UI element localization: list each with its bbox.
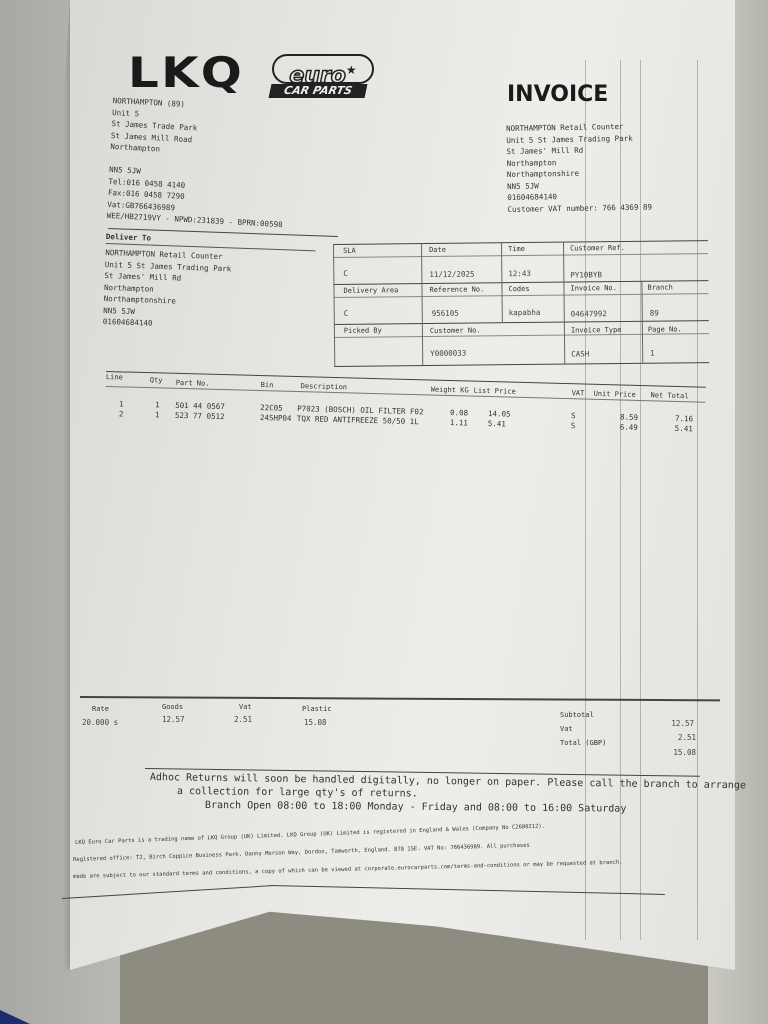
cell-vat: S xyxy=(571,421,576,430)
col-unit-price: Unit Price xyxy=(594,390,636,399)
total-vat-label: Vat xyxy=(560,725,573,733)
invoice-no-label: Invoice No. xyxy=(570,284,616,292)
customer-no-value: Y0000033 xyxy=(430,349,466,358)
print-streak xyxy=(697,60,698,940)
subtotal-label: Subtotal xyxy=(560,711,594,719)
invoice-type-label: Invoice Type xyxy=(571,326,622,335)
customer-ref-value: PY10BYB xyxy=(570,270,602,279)
car-parts-logo: CAR PARTS xyxy=(269,84,368,98)
plastic-label: Plastic xyxy=(302,705,332,713)
customer-no-label: Customer No. xyxy=(430,326,481,335)
goods-label: Goods xyxy=(162,703,183,711)
time-label: Time xyxy=(508,245,525,253)
branch-label: Branch xyxy=(647,283,672,291)
cell-list-price: 14.05 xyxy=(488,409,511,419)
codes-label: Codes xyxy=(508,285,529,293)
cell-net-total: 5.41 xyxy=(675,424,693,433)
col-line: Line xyxy=(106,373,123,381)
cell-unit-price: 6.49 xyxy=(620,422,638,431)
cell-qty: 1 xyxy=(155,410,160,419)
cell-part-no: 523 77 0512 xyxy=(175,411,225,421)
invoice-type-value: CASH xyxy=(571,349,589,358)
col-weight: Weight KG xyxy=(431,386,469,395)
cell-line: 1 xyxy=(119,399,124,408)
page-no-label: Page No. xyxy=(648,325,682,333)
deliver-to-block: Deliver To NORTHAMPTON Retail CounterUni… xyxy=(103,232,336,336)
deliver-to-address: NORTHAMPTON Retail CounterUnit 5 St Jame… xyxy=(103,248,336,336)
col-bin: Bin xyxy=(261,381,274,389)
rate-label: Rate xyxy=(92,705,109,713)
col-description: Description xyxy=(301,382,348,391)
cell-vat: S xyxy=(571,411,576,420)
reference-no-label: Reference No. xyxy=(429,285,484,294)
invoice-info-grid: SLA C Date 11/12/2025 Time 12:43 Custome… xyxy=(333,240,709,370)
cell-unit-price: 8.59 xyxy=(620,412,638,421)
customer-ref-label: Customer Ref. xyxy=(570,244,625,253)
delivery-area-label: Delivery Area xyxy=(343,286,398,295)
total-value: 15.08 xyxy=(673,748,696,757)
vat-summary: Rate 20.000 s Goods 12.57 Vat 2.51 Plast… xyxy=(82,703,382,733)
col-list-price: List Price xyxy=(474,387,516,396)
cell-weight: 1.11 xyxy=(450,418,468,427)
col-vat: VAT xyxy=(572,389,585,397)
vat-label: Vat xyxy=(239,703,252,711)
date-value: 11/12/2025 xyxy=(429,270,474,279)
cell-net-total: 7.16 xyxy=(675,414,693,423)
customer-address: NORTHAMPTON Retail CounterUnit 5 St Jame… xyxy=(506,121,652,216)
cell-bin: 22C05 xyxy=(260,403,283,413)
picked-by-label: Picked By xyxy=(344,326,382,334)
seller-address: NORTHAMPTON (89)Unit 5St James Trade Par… xyxy=(106,96,288,232)
col-part-no: Part No. xyxy=(176,379,210,388)
sla-label: SLA xyxy=(343,247,356,255)
col-net-total: Net Total xyxy=(650,391,688,400)
document-title: INVOICE xyxy=(507,82,608,107)
total-vat-value: 2.51 xyxy=(678,733,696,742)
date-label: Date xyxy=(429,246,446,254)
invoice-no-value: 04647992 xyxy=(571,309,607,318)
star-icon: ★ xyxy=(346,63,357,77)
page-no-value: 1 xyxy=(650,349,655,358)
col-qty: Qty xyxy=(150,376,163,384)
total-label: Total (GBP) xyxy=(560,739,606,747)
totals-block: Subtotal 12.57 Vat 2.51 Total (GBP) 15.0… xyxy=(560,711,700,761)
lkq-logo: LKQ xyxy=(128,48,244,97)
codes-value: kapabha xyxy=(509,308,541,317)
delivery-area-value: C xyxy=(344,309,349,318)
cell-weight: 0.08 xyxy=(450,408,468,417)
vat-value: 2.51 xyxy=(234,715,252,724)
cell-list-price: 5.41 xyxy=(488,419,506,428)
goods-value: 12.57 xyxy=(162,715,185,724)
plastic-value: 15.08 xyxy=(304,718,327,727)
time-value: 12:43 xyxy=(508,269,531,278)
cell-bin: 24SHP04 xyxy=(260,413,292,423)
cell-qty: 1 xyxy=(155,400,160,409)
cell-line: 2 xyxy=(119,409,124,418)
sla-value: C xyxy=(343,269,348,278)
branch-value: 89 xyxy=(650,309,659,318)
cell-part-no: 501 44 0567 xyxy=(175,401,225,411)
subtotal-value: 12.57 xyxy=(671,719,694,728)
rate-value: 20.000 s xyxy=(82,718,118,727)
reference-no-value: 956105 xyxy=(432,309,459,318)
euro-logo: euro★ xyxy=(272,54,374,84)
cell-description: TQX RED ANTIFREEZE 50/50 1L xyxy=(297,414,419,426)
